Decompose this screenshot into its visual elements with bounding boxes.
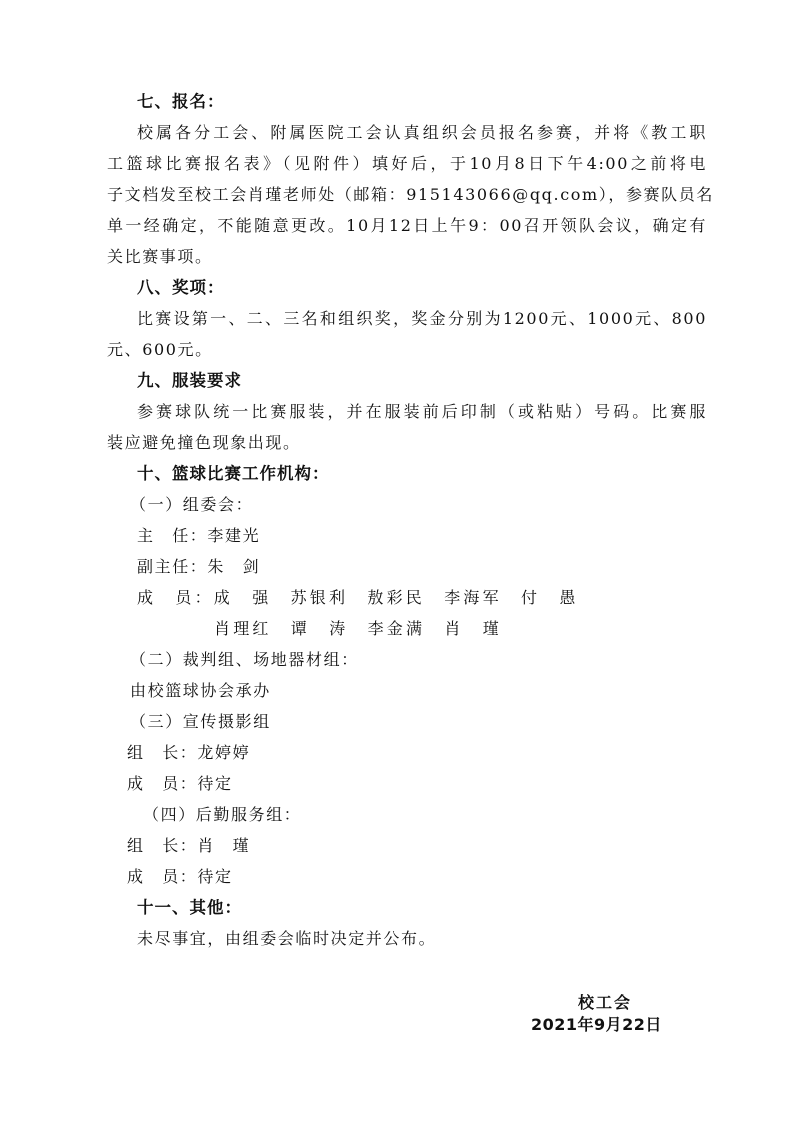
section-9-line-2: 装应避免撞色现象出现。 [107, 433, 707, 453]
section-7-line-2: 工篮球比赛报名表》（见附件）填好后，于10月8日下午4:00之前将电 [107, 154, 707, 174]
section-9-line-1: 参赛球队统一比赛服装，并在服装前后印制（或粘贴）号码。比赛服 [137, 402, 707, 422]
committee-deputy-director: 副主任：朱 剑 [137, 557, 737, 577]
section-7-line-5: 关比赛事项。 [107, 247, 707, 267]
section-7-heading: 七、报名： [137, 92, 737, 112]
referee-group-text: 由校篮球协会承办 [130, 681, 730, 701]
logistics-group-leader: 组 长：肖 瑾 [127, 836, 727, 856]
logistics-group-members: 成 员：待定 [127, 867, 727, 887]
referee-group-title: （二）裁判组、场地器材组： [130, 650, 730, 670]
signature-org: 校工会 [578, 990, 632, 1013]
section-11-heading: 十一、其他： [137, 898, 737, 918]
committee-director: 主 任：李建光 [137, 526, 737, 546]
publicity-group-members: 成 员：待定 [127, 774, 727, 794]
committee-members-line-2: 肖理红 谭 涛 李金满 肖 瑾 [214, 619, 793, 639]
section-8-heading: 八、奖项： [137, 278, 737, 298]
section-7-line-4: 单一经确定，不能随意更改。10月12日上午9：00召开领队会议，确定有 [107, 216, 707, 236]
section-8-line-1: 比赛设第一、二、三名和组织奖，奖金分别为1200元、1000元、800 [137, 309, 707, 329]
section-11-line-1: 未尽事宜，由组委会临时决定并公布。 [137, 929, 737, 949]
publicity-group-title: （三）宣传摄影组 [130, 712, 730, 732]
section-9-heading: 九、服装要求 [137, 371, 737, 391]
document-page: 七、报名： 校属各分工会、附属医院工会认真组织会员报名参赛，并将《教工职 工篮球… [0, 0, 793, 1122]
section-10-heading: 十、篮球比赛工作机构： [137, 464, 737, 484]
section-7-line-3: 子文档发至校工会肖瑾老师处（邮箱：915143066@qq.com），参赛队员名 [107, 185, 707, 205]
committee-members-line-1: 成 员：成 强 苏银利 敖彩民 李海军 付 愚 [137, 588, 737, 608]
committee-title: （一）组委会： [130, 495, 730, 515]
signature-date: 2021年9月22日 [531, 1012, 662, 1035]
publicity-group-leader: 组 长：龙婷婷 [127, 743, 727, 763]
section-7-line-1: 校属各分工会、附属医院工会认真组织会员报名参赛，并将《教工职 [137, 123, 707, 143]
logistics-group-title: （四）后勤服务组： [143, 805, 743, 825]
section-8-line-2: 元、600元。 [107, 340, 707, 360]
